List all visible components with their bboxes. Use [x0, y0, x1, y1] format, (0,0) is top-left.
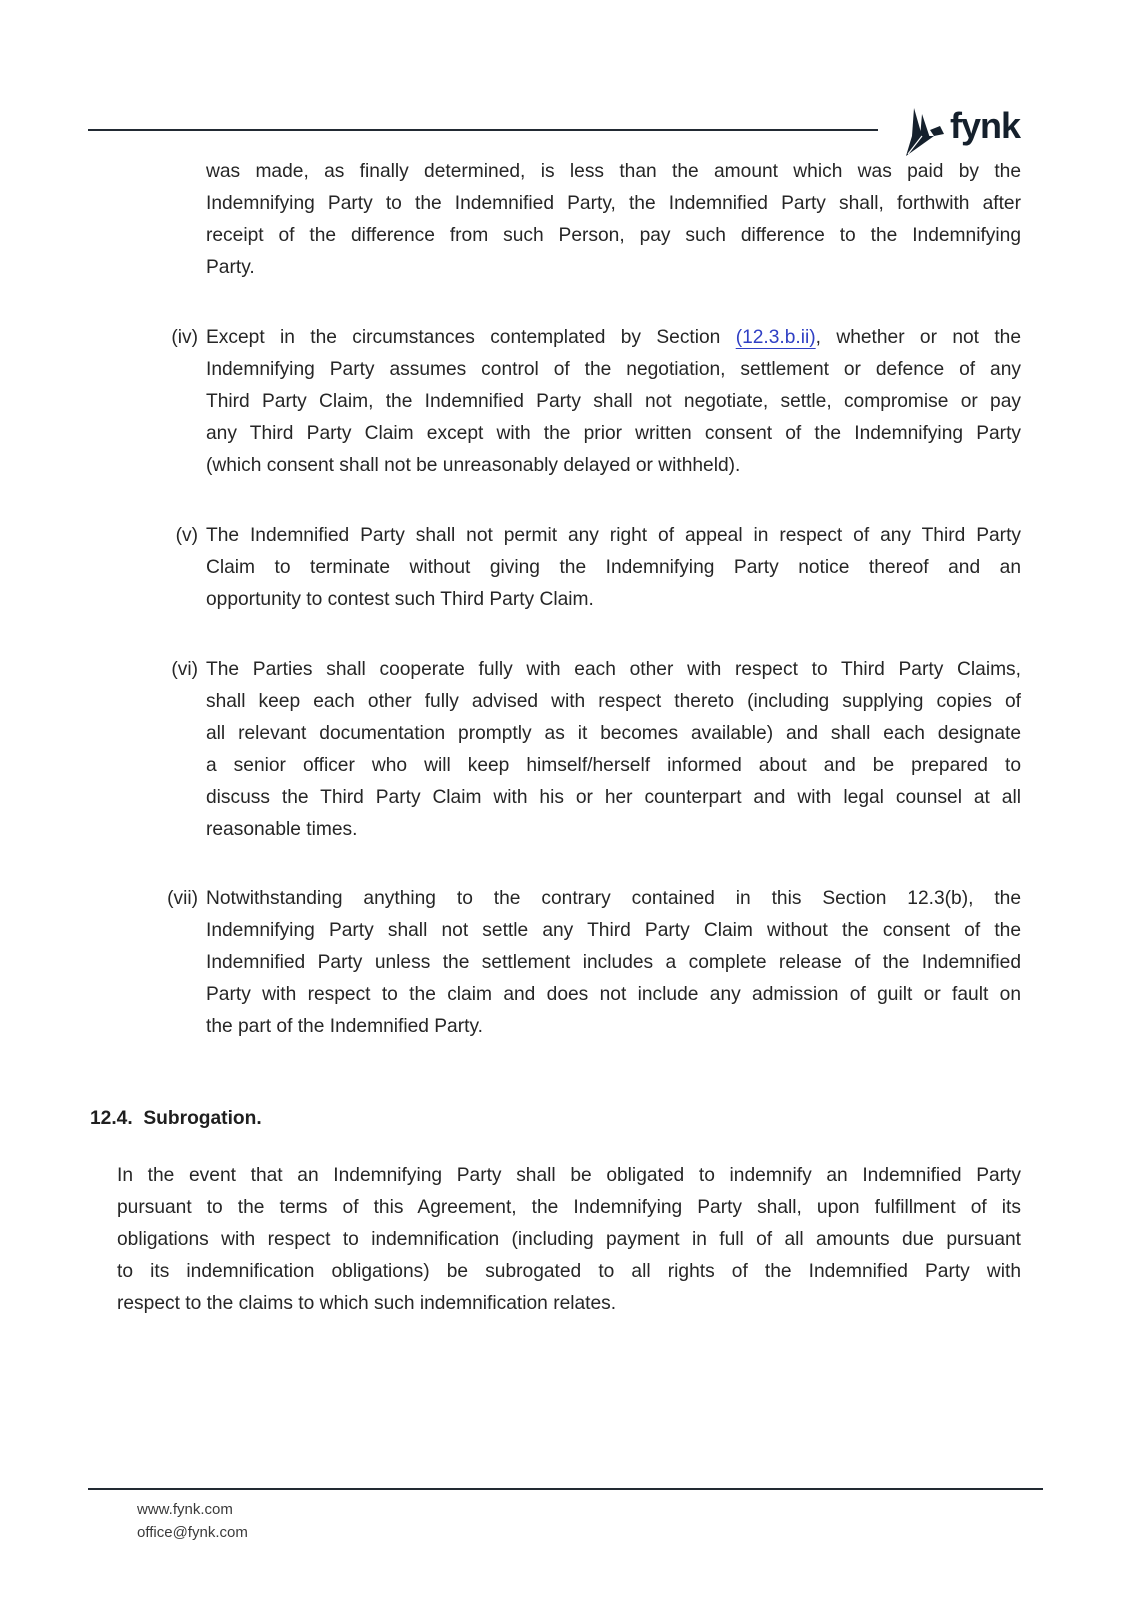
text-line: Claim to terminate without giving the In…	[206, 552, 1021, 584]
section-title: Subrogation.	[143, 1108, 261, 1129]
text-line: the part of the Indemnified Party.	[206, 1011, 1021, 1043]
text-line: Except in the circumstances contemplated…	[206, 322, 1021, 354]
section-body: In the event that an Indemnifying Party …	[117, 1160, 1021, 1320]
footer-email-link[interactable]: office@fynk.com	[137, 1521, 248, 1544]
text-line: opportunity to contest such Third Party …	[206, 584, 1021, 616]
text-segment: Except in the circumstances contemplated…	[206, 327, 736, 348]
text-line: Party.	[206, 252, 1021, 284]
text-line: all relevant documentation promptly as i…	[206, 718, 1021, 750]
clause-item-iv: (iv) Except in the circumstances contemp…	[206, 322, 1021, 482]
clause-item-vi: (vi) The Parties shall cooperate fully w…	[206, 654, 1021, 846]
logo: fynk	[900, 104, 1030, 158]
text-line: Party with respect to the claim and does…	[206, 979, 1021, 1011]
text-line: a senior officer who will keep himself/h…	[206, 750, 1021, 782]
section-number: 12.4.	[90, 1108, 133, 1129]
footer-rule	[88, 1488, 1043, 1490]
text-line: Notwithstanding anything to the contrary…	[206, 883, 1021, 915]
text-line: Indemnified Party unless the settlement …	[206, 947, 1021, 979]
text-line: Indemnifying Party assumes control of th…	[206, 354, 1021, 386]
continuation-paragraph: was made, as finally determined, is less…	[206, 156, 1021, 284]
footer-website-link[interactable]: www.fynk.com	[137, 1498, 248, 1521]
item-label: (iv)	[138, 322, 198, 354]
text-line: to its indemnification obligations) be s…	[117, 1256, 1021, 1288]
text-line: was made, as finally determined, is less…	[206, 156, 1021, 188]
text-line: The Parties shall cooperate fully with e…	[206, 654, 1021, 686]
text-segment: , whether or not the	[816, 327, 1021, 348]
text-line: Indemnifying Party shall not settle any …	[206, 915, 1021, 947]
text-line: Indemnifying Party to the Indemnified Pa…	[206, 188, 1021, 220]
item-label: (v)	[138, 520, 198, 552]
text-line: reasonable times.	[206, 814, 1021, 846]
text-line: shall keep each other fully advised with…	[206, 686, 1021, 718]
text-line: (which consent shall not be unreasonably…	[206, 450, 1021, 482]
text-line: pursuant to the terms of this Agreement,…	[117, 1192, 1021, 1224]
text-line: obligations with respect to indemnificat…	[117, 1224, 1021, 1256]
text-line: The Indemnified Party shall not permit a…	[206, 520, 1021, 552]
section-heading: 12.4. Subrogation.	[90, 1108, 262, 1130]
text-line: receipt of the difference from such Pers…	[206, 220, 1021, 252]
clause-item-v: (v) The Indemnified Party shall not perm…	[206, 520, 1021, 616]
text-line: In the event that an Indemnifying Party …	[117, 1160, 1021, 1192]
section-reference-link[interactable]: (12.3.b.ii)	[736, 327, 816, 348]
header-rule	[88, 129, 878, 131]
text-line: discuss the Third Party Claim with his o…	[206, 782, 1021, 814]
item-label: (vi)	[138, 654, 198, 686]
text-line: Third Party Claim, the Indemnified Party…	[206, 386, 1021, 418]
text-line: respect to the claims to which such inde…	[117, 1288, 1021, 1320]
origami-bird-icon	[904, 106, 950, 158]
item-label: (vii)	[138, 883, 198, 915]
text-line: any Third Party Claim except with the pr…	[206, 418, 1021, 450]
footer: www.fynk.com office@fynk.com	[137, 1498, 248, 1544]
clause-item-vii: (vii) Notwithstanding anything to the co…	[206, 883, 1021, 1043]
logo-text: fynk	[950, 106, 1020, 146]
